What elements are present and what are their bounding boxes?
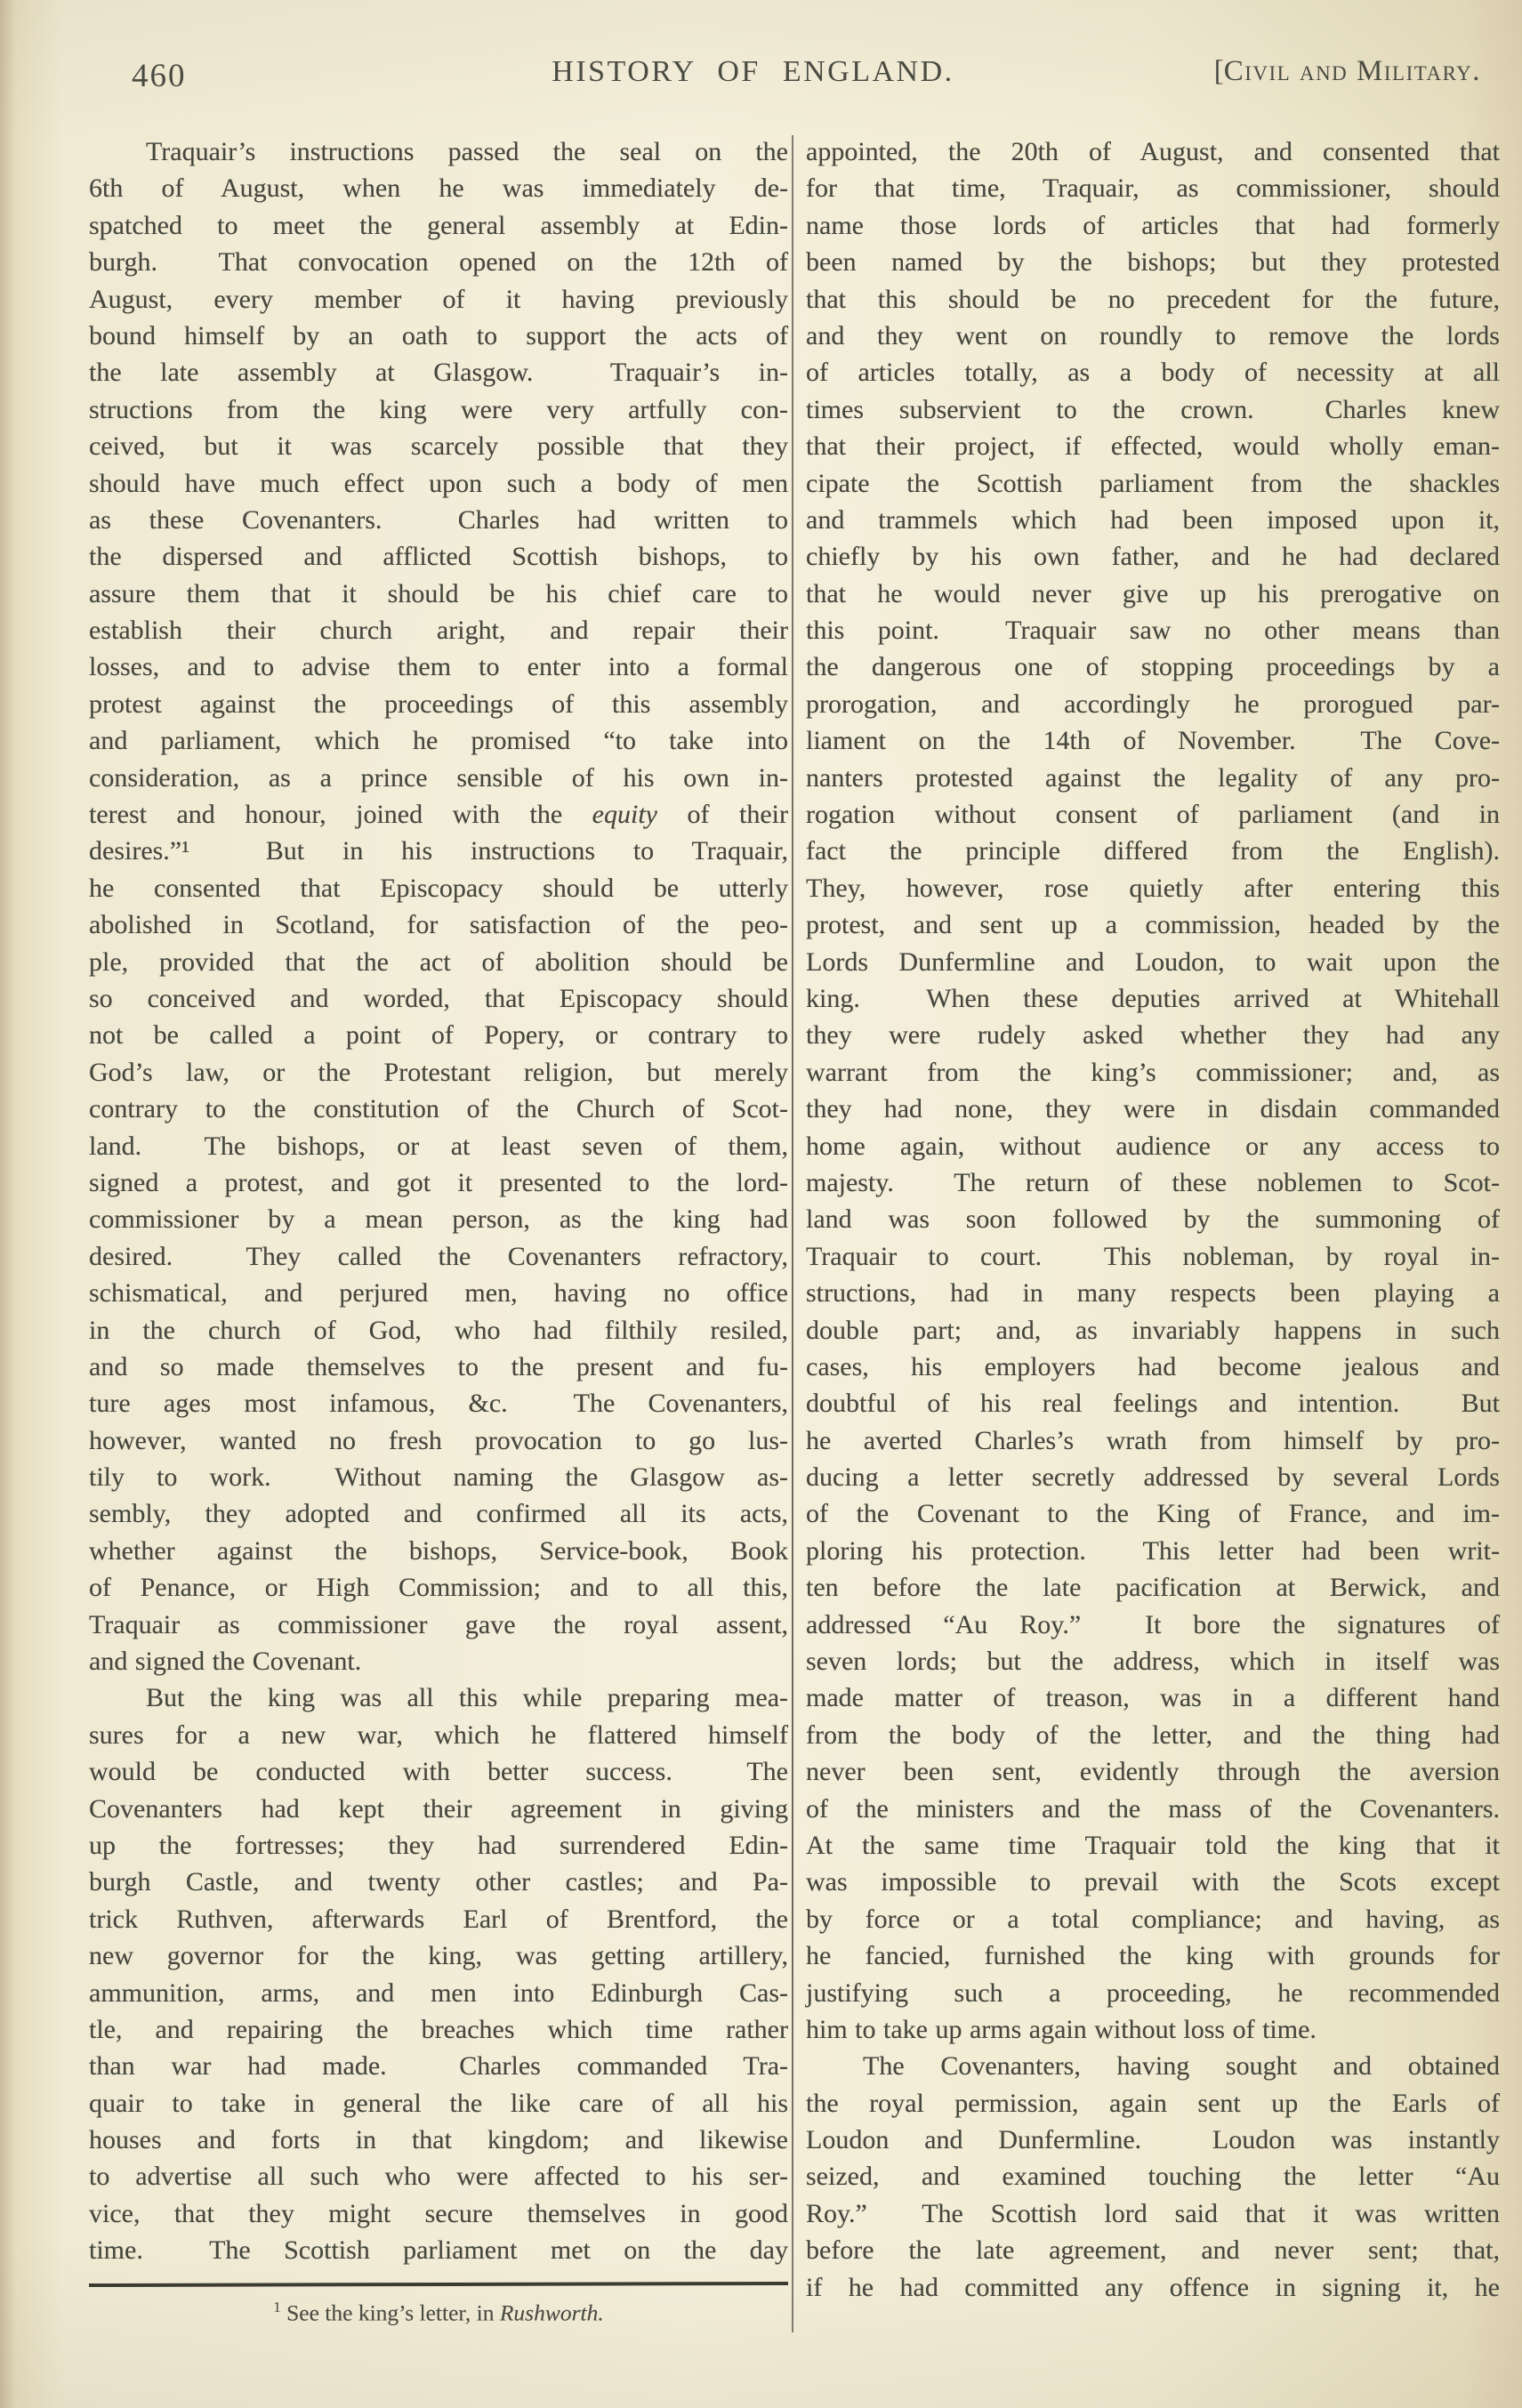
text-line: that he would never give up his prerogat… [806, 576, 1500, 612]
page-header: 460 HISTORY OF ENGLAND. [Civil and Milit… [0, 52, 1522, 105]
text-line: the dangerous one of stopping proceeding… [806, 648, 1500, 685]
text-line: made matter of treason, was in a differe… [806, 1679, 1500, 1716]
text-line: the royal permission, again sent up the … [806, 2085, 1500, 2122]
text-line: the dispersed and afflicted Scottish bis… [89, 538, 788, 575]
section-label-text: Civil and Military. [1224, 55, 1481, 87]
text-line: signed a protest, and got it presented t… [89, 1164, 788, 1201]
text-line: ploring his protection. This letter had … [806, 1533, 1500, 1569]
text-line: would be conducted with better success. … [89, 1753, 788, 1790]
right-text-column: appointed, the 20th of August, and conse… [806, 133, 1500, 2306]
text-line: protest against the proceedings of this … [89, 686, 788, 722]
text-line: of the ministers and the mass of the Cov… [806, 1791, 1500, 1827]
text-line: Traquair as commissioner gave the royal … [89, 1607, 788, 1643]
text-line: and so made themselves to the present an… [89, 1349, 788, 1385]
text-line: whether against the bishops, Service-boo… [89, 1533, 788, 1569]
page-number: 460 [132, 57, 187, 95]
text-line: time. The Scottish parliament met on the… [89, 2232, 788, 2268]
text-line: Lords Dunfermline and Loudon, to wait up… [806, 944, 1500, 980]
text-line: Loudon and Dunfermline. Loudon was insta… [806, 2122, 1500, 2158]
text-line: that their project, if effected, would w… [806, 428, 1500, 464]
text-line: never been sent, evidently through the a… [806, 1753, 1500, 1790]
text-line: to advertise all such who were affected … [89, 2158, 788, 2195]
text-line: name those lords of articles that had fo… [806, 207, 1500, 244]
section-label: [Civil and Military. [1214, 55, 1481, 88]
footnote-rule [89, 2282, 788, 2287]
text-line: so conceived and worded, that Episcopacy… [89, 980, 788, 1017]
text-line: ten before the late pacification at Berw… [806, 1569, 1500, 1606]
text-line: They, however, rose quietly after enteri… [806, 870, 1500, 906]
column-divider-rule [792, 135, 793, 2332]
text-line: desires.”¹ But in his instructions to Tr… [89, 833, 788, 869]
text-line: chiefly by his own father, and he had de… [806, 538, 1500, 575]
text-line: and parliament, which he promised “to ta… [89, 722, 788, 759]
text-line: rogation without consent of parliament (… [806, 796, 1500, 833]
text-line: appointed, the 20th of August, and conse… [806, 133, 1500, 170]
text-line: land. The bishops, or at least seven of … [89, 1128, 788, 1164]
text-line: Covenanters had kept their agreement in … [89, 1791, 788, 1827]
text-line: this point. Traquair saw no other means … [806, 612, 1500, 648]
text-line: if he had committed any offence in signi… [806, 2269, 1500, 2306]
text-line: prorogation, and accordingly he prorogue… [806, 686, 1500, 722]
text-line: new governor for the king, was getting a… [89, 1937, 788, 1974]
text-line: times subservient to the crown. Charles … [806, 391, 1500, 428]
text-line: should have much effect upon such a body… [89, 465, 788, 502]
text-line: double part; and, as invariably happens … [806, 1312, 1500, 1349]
text-line: cipate the Scottish parliament from the … [806, 465, 1500, 502]
text-line: and signed the Covenant. [89, 1643, 788, 1679]
text-line: spatched to meet the general assembly at… [89, 207, 788, 244]
text-line: he consented that Episcopacy should be u… [89, 870, 788, 906]
text-line: the late assembly at Glasgow. Traquair’s… [89, 354, 788, 391]
text-line: he fancied, furnished the king with grou… [806, 1937, 1500, 1974]
text-line: seized, and examined touching the letter… [806, 2158, 1500, 2195]
text-line: assure them that it should be his chief … [89, 576, 788, 612]
text-line: quair to take in general the like care o… [89, 2085, 788, 2122]
text-line: tily to work. Without naming the Glasgow… [89, 1459, 788, 1495]
text-line: majesty. The return of these noblemen to… [806, 1164, 1500, 1201]
text-line: of articles totally, as a body of necess… [806, 354, 1500, 391]
text-line: of the Covenant to the King of France, a… [806, 1495, 1500, 1532]
text-line: nanters protested against the legality o… [806, 760, 1500, 796]
text-line: sures for a new war, which he flattered … [89, 1717, 788, 1753]
text-line: consideration, as a prince sensible of h… [89, 760, 788, 796]
text-line: from the body of the letter, and the thi… [806, 1717, 1500, 1753]
text-line: protest, and sent up a commission, heade… [806, 906, 1500, 943]
text-line: At the same time Traquair told the king … [806, 1827, 1500, 1864]
text-line: by force or a total compliance; and havi… [806, 1901, 1500, 1937]
text-line: addressed “Au Roy.” It bore the signatur… [806, 1607, 1500, 1643]
text-line: up the fortresses; they had surrendered … [89, 1827, 788, 1864]
text-line: king. When these deputies arrived at Whi… [806, 980, 1500, 1017]
text-line: that this should be no precedent for the… [806, 281, 1500, 318]
text-line: cases, his employers had become jealous … [806, 1349, 1500, 1385]
text-line: trick Ruthven, afterwards Earl of Brentf… [89, 1901, 788, 1937]
text-line: ammunition, arms, and men into Edinburgh… [89, 1975, 788, 2011]
text-line: land was soon followed by the summoning … [806, 1201, 1500, 1237]
text-line: bound himself by an oath to support the … [89, 318, 788, 354]
text-line: losses, and to advise them to enter into… [89, 648, 788, 685]
text-line: burgh Castle, and twenty other castles; … [89, 1864, 788, 1900]
text-line: him to take up arms again without loss o… [806, 2011, 1500, 2048]
text-line: however, wanted no fresh provocation to … [89, 1422, 788, 1459]
text-line: before the late agreement, and never sen… [806, 2232, 1500, 2268]
section-bracket: [ [1214, 55, 1224, 87]
text-line: home again, without audience or any acce… [806, 1128, 1500, 1164]
text-line: not be called a point of Popery, or cont… [89, 1017, 788, 1053]
running-title: HISTORY OF ENGLAND. [552, 55, 954, 89]
text-line: The Covenanters, having sought and obtai… [806, 2048, 1500, 2084]
text-line: contrary to the constitution of the Chur… [89, 1091, 788, 1127]
text-line: Traquair’s instructions passed the seal … [89, 133, 788, 170]
text-line: abolished in Scotland, for satisfaction … [89, 906, 788, 943]
text-line: sembly, they adopted and confirmed all i… [89, 1495, 788, 1532]
text-line: ducing a letter secretly addressed by se… [806, 1459, 1500, 1495]
text-line: ceived, but it was scarcely possible tha… [89, 428, 788, 464]
footnote: 1 See the king’s letter, in Rushworth. [89, 2299, 788, 2327]
text-line: warrant from the king’s commissioner; an… [806, 1054, 1500, 1091]
text-line: he averted Charles’s wrath from himself … [806, 1422, 1500, 1459]
text-line: tle, and repairing the breaches which ti… [89, 2011, 788, 2048]
text-line: Traquair to court. This nobleman, by roy… [806, 1238, 1500, 1275]
text-line: for that time, Traquair, as commissioner… [806, 170, 1500, 206]
text-line: structions from the king were very artfu… [89, 391, 788, 428]
text-line: Roy.” The Scottish lord said that it was… [806, 2195, 1500, 2232]
text-line: liament on the 14th of November. The Cov… [806, 722, 1500, 759]
text-line: But the king was all this while preparin… [89, 1679, 788, 1716]
text-line: 6th of August, when he was immediately d… [89, 170, 788, 206]
footnote-marker: 1 [273, 2299, 281, 2315]
text-line: desired. They called the Covenanters ref… [89, 1238, 788, 1275]
text-line: ture ages most infamous, &c. The Covenan… [89, 1385, 788, 1421]
text-line: was impossible to prevail with the Scots… [806, 1864, 1500, 1900]
text-line: doubtful of his real feelings and intent… [806, 1385, 1500, 1421]
text-line: they had none, they were in disdain comm… [806, 1091, 1500, 1127]
text-line: and trammels which had been imposed upon… [806, 502, 1500, 538]
text-line: burgh. That convocation opened on the 12… [89, 244, 788, 280]
text-line: justifying such a proceeding, he recomme… [806, 1975, 1500, 2011]
text-line: been named by the bishops; but they prot… [806, 244, 1500, 280]
text-line: commissioner by a mean person, as the ki… [89, 1201, 788, 1237]
left-text-column: Traquair’s instructions passed the seal … [89, 133, 788, 2269]
text-line: in the church of God, who had filthily r… [89, 1312, 788, 1349]
text-line: houses and forts in that kingdom; and li… [89, 2122, 788, 2158]
text-line: August, every member of it having previo… [89, 281, 788, 318]
text-line: seven lords; but the address, which in i… [806, 1643, 1500, 1679]
text-line: than war had made. Charles commanded Tra… [89, 2048, 788, 2084]
text-line: structions, had in many respects been pl… [806, 1275, 1500, 1311]
text-line: schismatical, and perjured men, having n… [89, 1275, 788, 1311]
text-line: ple, provided that the act of abolition … [89, 944, 788, 980]
text-line: establish their church aright, and repai… [89, 612, 788, 648]
text-line: they were rudely asked whether they had … [806, 1017, 1500, 1053]
text-line: terest and honour, joined with the equit… [89, 796, 788, 833]
text-line: vice, that they might secure themselves … [89, 2195, 788, 2232]
text-line: of Penance, or High Commission; and to a… [89, 1569, 788, 1606]
text-line: fact the principle differed from the Eng… [806, 833, 1500, 869]
text-line: as these Covenanters. Charles had writte… [89, 502, 788, 538]
text-line: and they went on roundly to remove the l… [806, 318, 1500, 354]
text-line: God’s law, or the Protestant religion, b… [89, 1054, 788, 1091]
